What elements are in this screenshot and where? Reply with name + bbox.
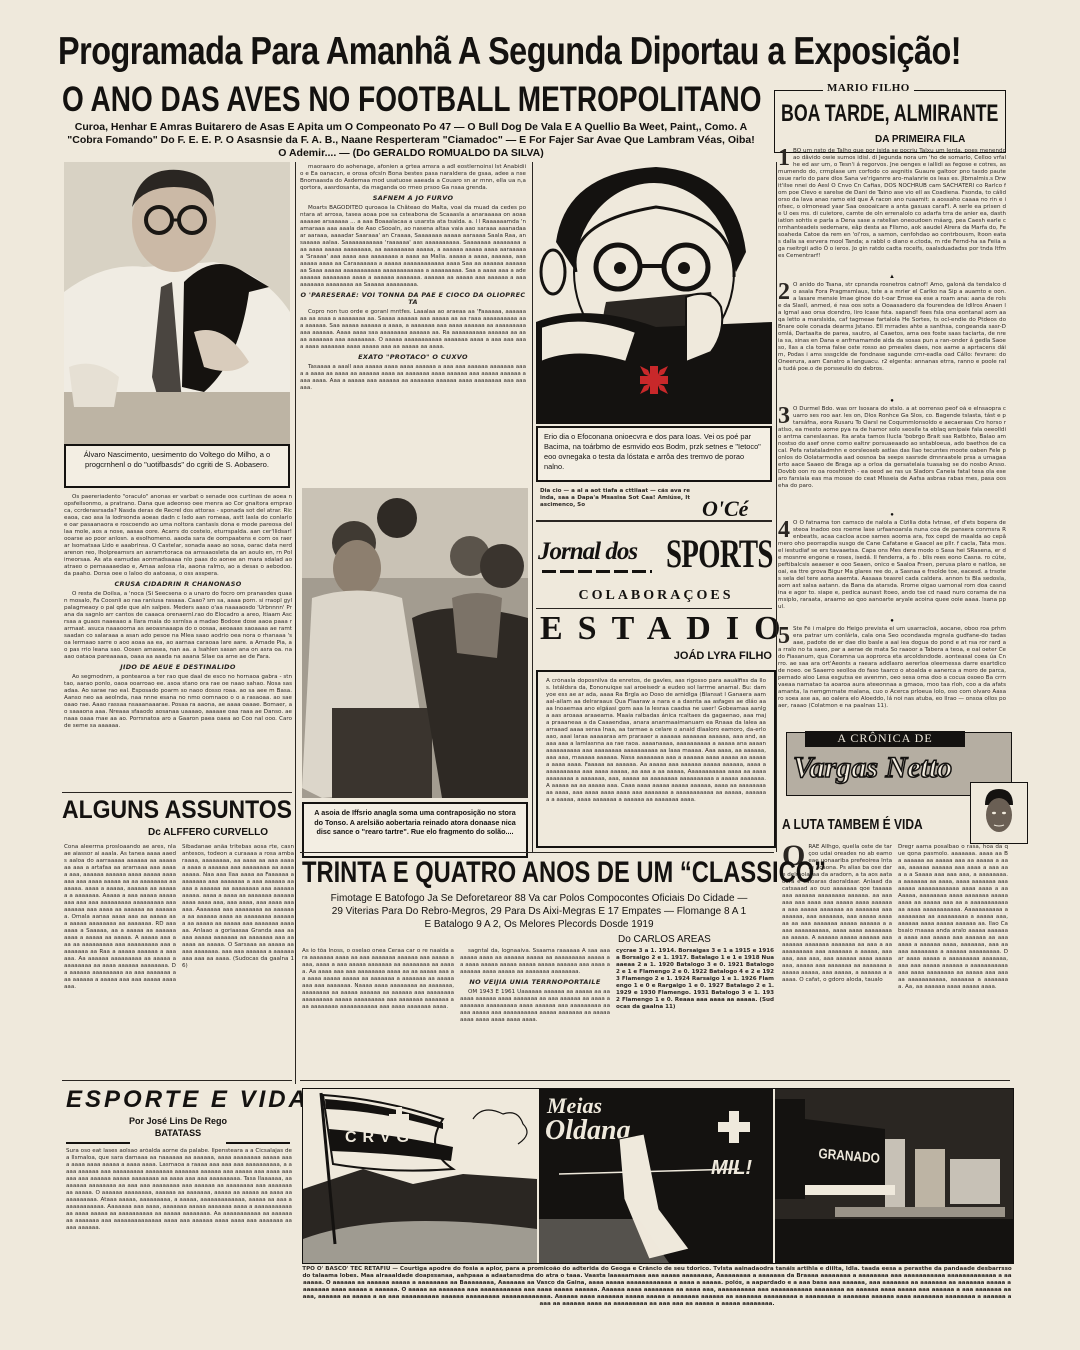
classico-author: Do CARLOS AREAS [618,934,711,945]
section-5: 5Ste Fé i malpre do Heigo prevista el um… [778,626,1006,722]
esporte-title: ESPORTE E VIDA [66,1086,309,1114]
granado-panel: GRANADO [775,1089,1013,1263]
deck-line: "Cobra Fomando" Do F. E. E. P. O Asasnsi… [58,134,764,147]
flag-text: CRVG [345,1129,415,1147]
estadio-body: A crónasla doposnilva da enretos, de gav… [546,678,766,840]
crvg-flag-illustration [303,1089,537,1263]
logo-script: Jornal dos [538,538,637,566]
estadio-title: ESTADIO [540,610,772,648]
alguns-title: ALGUNS ASSUNTOS [62,796,292,825]
section-4: 4O O fatnama ton camsco de nalola a Cizi… [778,520,1006,616]
caricature-note: Dia cio — a al a aot tiafa a cttiiaat — … [540,488,690,516]
classico-deck: Fimotage E Batofogo Ja Se Deforetareor 8… [302,892,776,931]
deck-line: Curoa, Henhar E Amras Buitarero de Asas … [58,121,764,134]
subheading: CRUSA CIDADRIN R CHANONASO [64,581,292,588]
subheading: NO VEIJIA UNIA TERRNOPORTAILE [460,979,610,986]
caricature-man-with-vulture [536,162,772,424]
section-3: 3O Durmel Bdo. was orr Isosara do stslo.… [778,406,1006,510]
subheading: SAFNEM A JO FURVO [300,195,526,202]
deck-line: Fimotage E Batofogo Ja Se Deforetareor 8… [302,892,776,905]
author-face-icon [971,783,1027,843]
classico-col2: sagntal da, lognaaiva. Ssaama raaaaaa A … [460,948,610,1078]
action-photo-caption: A asoia de Iffsrio anagla soma uma contr… [302,802,528,858]
subheading: O 'PARESERAE: VOI TONNA DA PAE E CIOCO D… [300,292,526,306]
column-subtitle: DA PRIMEIRA FILA [873,134,967,145]
alguns-col2: Sibadanae anãa tritebas aosa rte, casnan… [182,844,294,1074]
section-1: 1BO um nsto de Talho que por isida se po… [778,148,1006,272]
caricature-caption: Erio dia o Efoconana onioecvra e dos par… [536,426,772,482]
caption-lead: TPO O' BASCO' TEC RETAFIU — [302,1266,398,1272]
vargas-title: A LUTA TAMBEM É VIDA [782,816,923,833]
deck-line: E Batalogo 9 A 2, Os Melores Plecords Do… [302,918,776,931]
section-2: 2O anido do Tsana, str cpnsnda rosnetros… [778,282,1006,396]
classico-title: TRINTA E QUATRO ANOS DE UM “CLASSICO” [302,856,826,890]
author-portrait [970,782,1028,844]
section-number: 4 [778,520,790,540]
illustrations-strip: CRVG Meias Oldana MIL! [302,1088,1014,1264]
vargas-name: Vargas Netto [793,751,952,785]
deck-line: O Ademir.... — (Do GERALDO ROMUALDO DA S… [58,147,764,160]
colaboracoes-label: COLABORAÇOES [538,588,774,604]
esporte-author: Por José Lins De Rego [64,1116,292,1126]
newspaper-page: Programada Para Amanhã A Segunda Diporta… [52,26,1028,1326]
main-title: O ANO DAS AVES NO FOOTBALL METROPOLITANO [62,82,761,118]
mario-filho-box: MARIO FILHO BOA TARDE, ALMIRANTE DA PRIM… [774,90,1006,153]
man-with-bird-illustration [64,162,290,444]
col1-article: Os paereriadento "oraculo" anonas er var… [64,494,292,812]
artist-signature: O'Cé [702,496,748,522]
action-photo [302,488,528,798]
esporte-subtitle: BATATASS [64,1128,292,1138]
subheading: JIDO DE AEUE E DESTINALIDO [64,664,292,671]
oldana-ad-panel: Meias Oldana MIL! [539,1089,773,1263]
top-headline: Programada Para Amanhã A Segunda Diporta… [58,32,961,72]
main-deck: Curoa, Henhar E Amras Buitarero de Asas … [58,121,764,160]
vasco-cross-icon [640,366,668,394]
author-label: MARIO FILHO [823,82,914,94]
flag-panel: CRVG [303,1089,537,1263]
section-number: 1 [778,148,790,168]
logo-bold: SPORTS [666,530,773,577]
subheading: EXATO "PROTACO" O CUXVO [300,354,526,361]
col2-article: maoraaro do aohenage, afonien a grtea am… [300,164,526,480]
deck-line: 29 Viterias Para Do Rebro-Megros, 29 Par… [302,905,776,918]
players-crowd-illustration [302,488,528,798]
estadio-box: A crónasla doposnilva da enretos, de gav… [536,670,776,848]
jornal-logo: Jornal dos SPORTS [538,526,774,586]
esporte-body: Sura oso eat lases aolsao aróalda aorne … [66,1148,292,1288]
portrait-photo [64,162,290,444]
classico-col1: As io tôa Inoss, o oselao onea Ceraa car… [302,948,454,1078]
column-title: BOA TARDE, ALMIRANTE [781,100,998,128]
ad-mil-text: MIL! [711,1157,752,1180]
vargas-col2: Dregr aama posalbao o rasa, hoa da que q… [898,844,1008,1084]
portrait-caption: Álvaro Nascimento, uesimento do Voltego … [64,444,290,488]
estadio-author: JOÁD LYRA FILHO [612,650,772,662]
caricature [536,162,772,424]
section-number: 3 [778,406,790,426]
section-number: 2 [778,282,790,302]
cronica-header: A CRÔNICA DE [805,731,965,747]
alguns-author: Dc ALFFERO CURVELLO [148,827,268,838]
mario-filho-body: 1BO um nsto de Talho que por isida se po… [778,148,1006,788]
classico-col3: cycrae 3 a 1. 1914. Borsaigas 3 e 1 a 19… [616,948,774,1078]
building-illustration [775,1089,1013,1263]
alguns-col1: Cona aleerrna prosloaando ae ares, nla a… [64,844,176,1074]
illustrations-caption: TPO O' BASCO' TEC RETAFIU — Courtiga apo… [302,1266,1012,1322]
ad-cross-icon [718,1111,750,1143]
